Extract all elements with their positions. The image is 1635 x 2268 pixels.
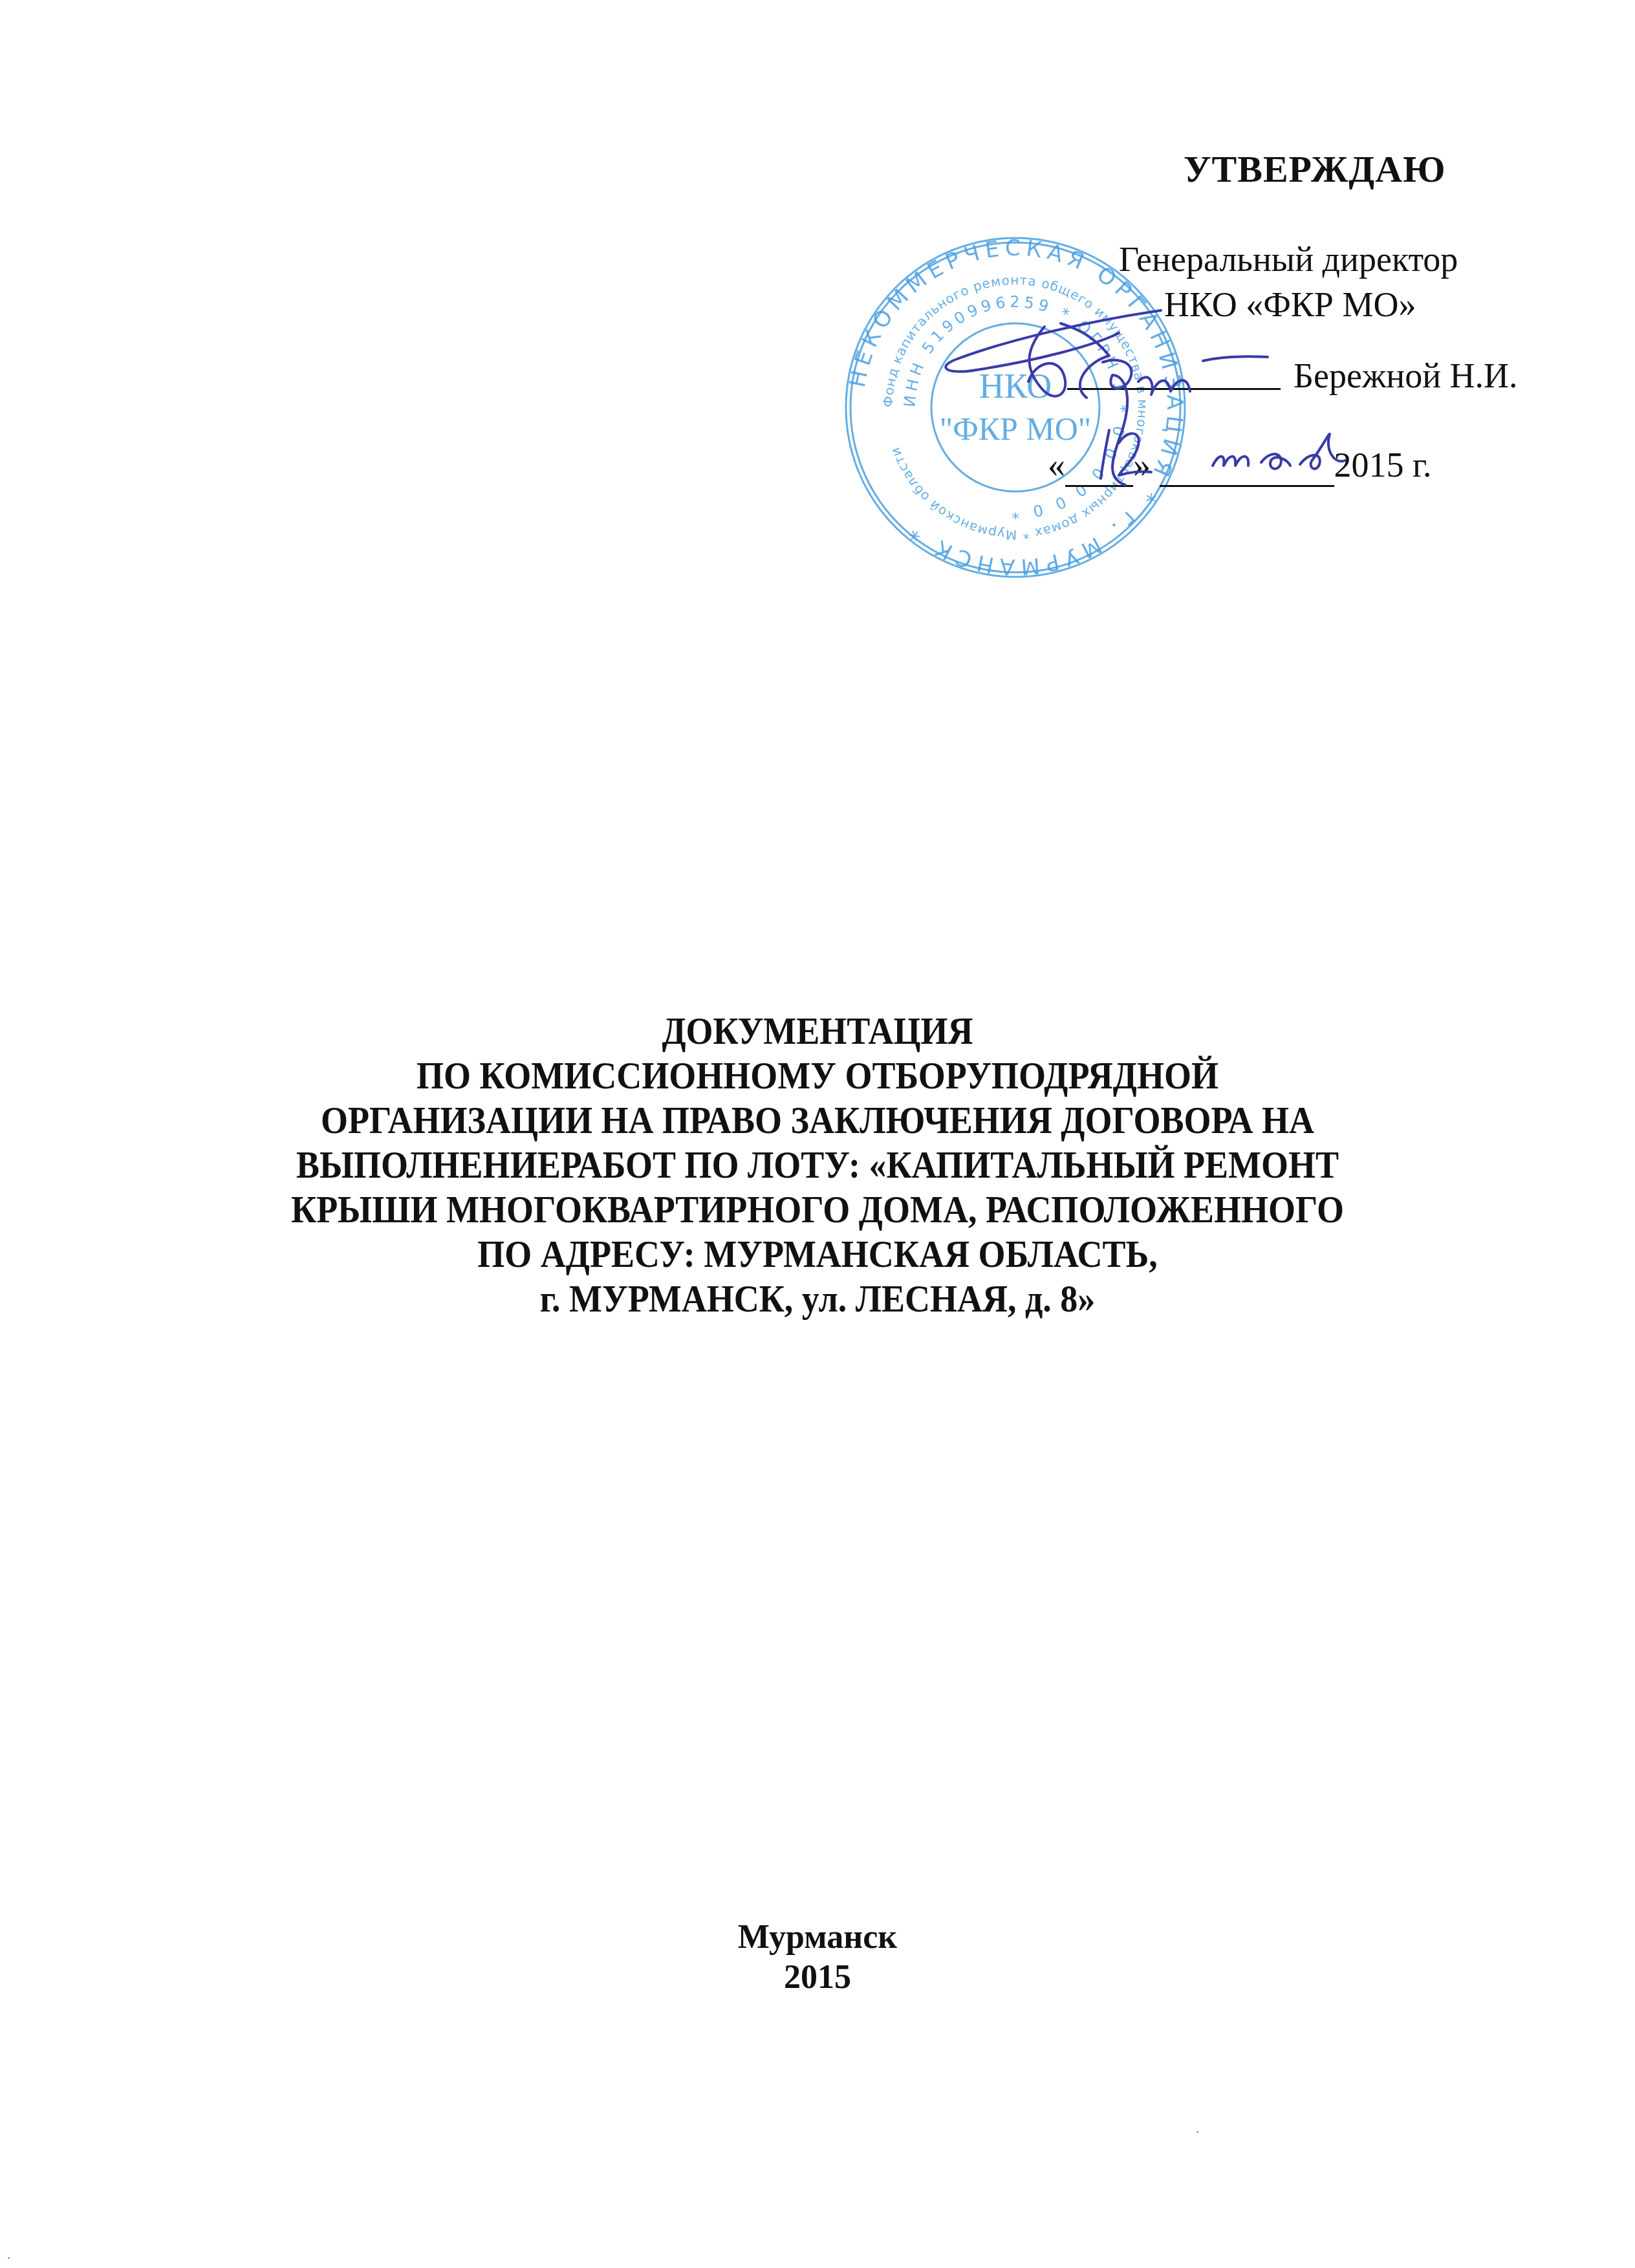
footer-year: 2015: [0, 1958, 1635, 1998]
footer-city: Мурманск: [0, 1917, 1635, 1958]
document-title: ДОКУМЕНТАЦИЯ ПО КОМИССИОННОМУ ОТБОРУПОДР…: [81, 1009, 1553, 1321]
scan-speck: [1196, 2131, 1198, 2133]
document-footer: Мурманск 2015: [0, 1917, 1635, 1998]
title-line: ВЫПОЛНЕНИЕРАБОТ ПО ЛОТУ: «КАПИТАЛЬНЫЙ РЕ…: [81, 1143, 1553, 1187]
scan-speck: [8, 2257, 10, 2259]
title-line: ПО АДРЕСУ: МУРМАНСКАЯ ОБЛАСТЬ,: [81, 1232, 1553, 1277]
title-line: ПО КОМИССИОННОМУ ОТБОРУПОДРЯДНОЙ: [81, 1053, 1553, 1098]
title-line: ДОКУМЕНТАЦИЯ: [81, 1009, 1553, 1053]
handwritten-date-icon: [1087, 414, 1475, 485]
signatory-name: Бережной Н.И.: [1294, 356, 1518, 396]
approval-heading: УТВЕРЖДАЮ: [1184, 147, 1446, 191]
title-line: г. МУРМАНСК, ул. ЛЕСНАЯ, д. 8»: [81, 1277, 1553, 1321]
title-line: КРЫШИ МНОГОКВАРТИРНОГО ДОМА, РАСПОЛОЖЕНН…: [81, 1187, 1553, 1232]
title-line: ОРГАНИЗАЦИИ НА ПРАВО ЗАКЛЮЧЕНИЯ ДОГОВОРА…: [81, 1098, 1553, 1143]
approval-block: НЕКОММЕРЧЕСКАЯ ОРГАНИЗАЦИЯ * г. МУРМАНСК…: [0, 0, 1635, 582]
signatory-position: Генеральный директор: [1119, 239, 1458, 279]
